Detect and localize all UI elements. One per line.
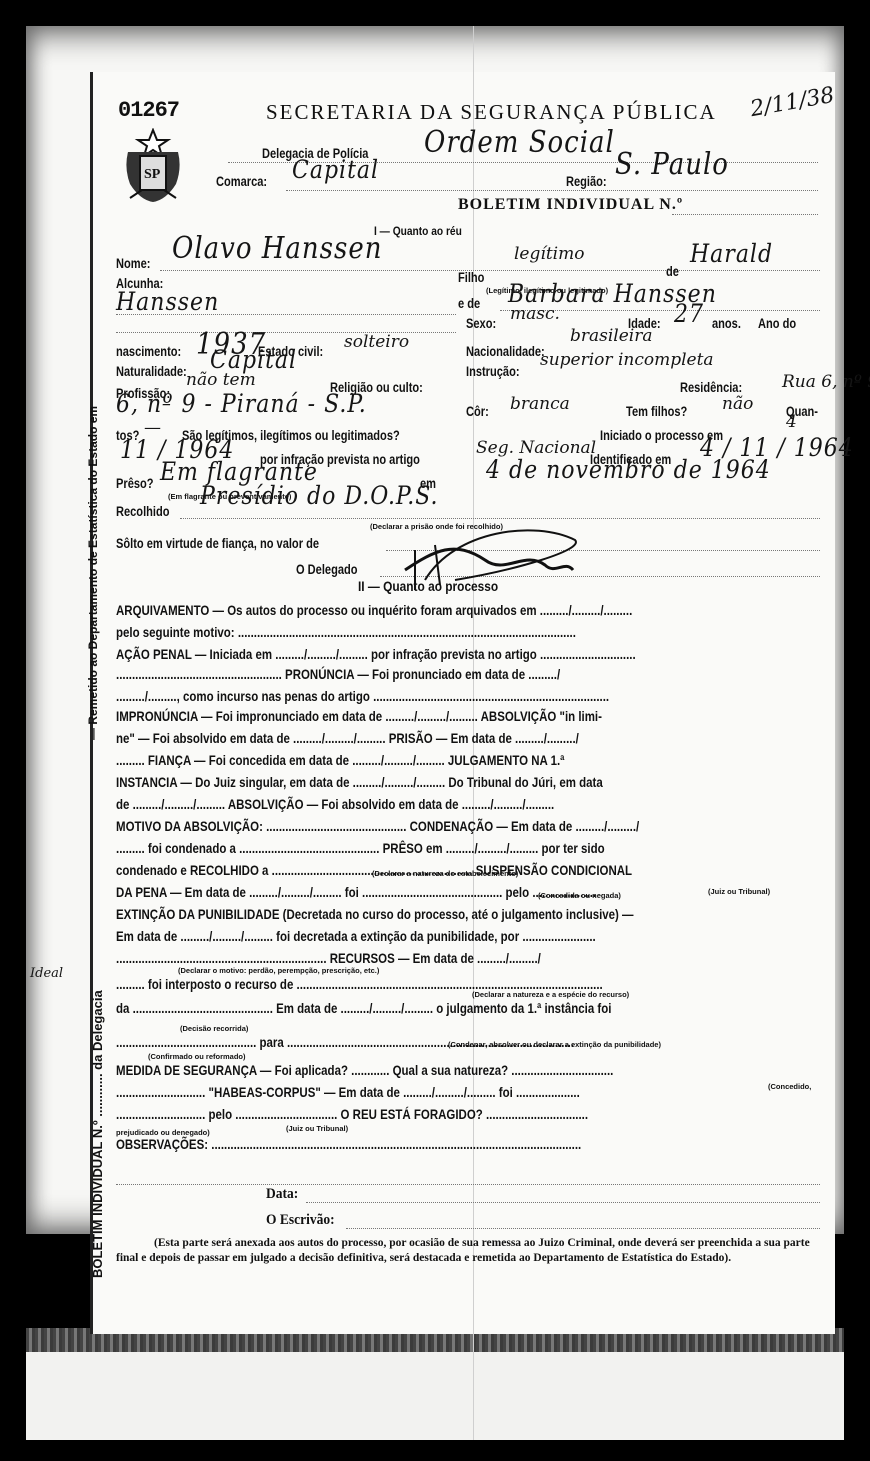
- tem-filhos-label: Tem filhos?: [626, 404, 687, 419]
- hint-juiz-tribunal: (Juiz ou Tribunal): [708, 887, 770, 896]
- data-label: Data:: [266, 1186, 298, 1203]
- quantos-value[interactable]: —: [144, 418, 161, 438]
- filho-value[interactable]: legítimo: [514, 244, 584, 264]
- hint-estabelecimento: (Declarar a natureza do estabelecimento): [372, 869, 518, 878]
- idade-value[interactable]: 27: [674, 300, 704, 329]
- hint-confirmado: (Confirmado ou reformado): [148, 1052, 246, 1061]
- section2-line: ............................ "HABEAS-COR…: [116, 1084, 821, 1100]
- hint-juiz-tribunal-2: (Juiz ou Tribunal): [286, 1124, 348, 1133]
- hint-concedida: (Concedida ou negada): [538, 891, 621, 900]
- hint-decisao-recorrida: (Decisão recorrida): [180, 1024, 248, 1033]
- section1-title: I — Quanto ao réu: [374, 224, 462, 238]
- alcunha-line: [116, 314, 456, 315]
- filho-label: Filho: [458, 270, 484, 285]
- section2-line: ......... foi condenado a ..............…: [116, 840, 821, 856]
- residencia-line2[interactable]: 6, nº 9 - Piraná - S.P.: [116, 390, 367, 419]
- estado-civil-value[interactable]: solteiro: [344, 332, 409, 352]
- section2-line: Em data de ........./........./.........…: [116, 928, 821, 944]
- boletim-label: BOLETIM INDIVIDUAL N.º: [458, 196, 683, 214]
- profissao-value[interactable]: não tem: [186, 370, 256, 390]
- form-number: 01267: [118, 98, 179, 123]
- obs-line-2: [116, 1184, 820, 1185]
- hint-condenar: (Condenar, absolver ou declarar a extinç…: [448, 1040, 661, 1049]
- section2-title: II — Quanto ao processo: [358, 578, 498, 594]
- data-line: [306, 1202, 820, 1203]
- footnote: (Esta parte será anexada aos autos do pr…: [116, 1236, 820, 1266]
- cor-label: Côr:: [466, 404, 489, 419]
- section2-line: IMPRONÚNCIA — Foi impronunciado em data …: [116, 708, 821, 724]
- paper-backing: [26, 1352, 844, 1440]
- instrucao-value[interactable]: superior incompleta: [540, 350, 714, 370]
- section2-line: pelo seguinte motivo: ..................…: [116, 624, 821, 640]
- section2-line: ............................ pelo ......…: [116, 1106, 821, 1122]
- recolhido-value[interactable]: Presídio do D.O.P.S.: [200, 482, 439, 511]
- solto-label: Sôlto em virtude de fiança, no valor de: [116, 536, 319, 551]
- section2-line: ......... foi interposto o recurso de ..…: [116, 976, 821, 992]
- section2-line: ........................................…: [116, 666, 821, 682]
- section2-line: INSTANCIA — Do Juiz singular, em data de…: [116, 774, 821, 790]
- section2-line: ne" — Foi absolvido em data de .........…: [116, 730, 821, 746]
- section2-line: MOTIVO DA ABSOLVIÇÃO: ..................…: [116, 818, 821, 834]
- residencia-label: Residência:: [680, 380, 742, 395]
- nome-line: [160, 270, 820, 271]
- margin-text-top: — Remetido ao Departamento de Estatístic…: [86, 406, 100, 740]
- comarca-line: [286, 190, 818, 191]
- iniciado-day[interactable]: 4: [786, 412, 797, 432]
- comarca-label: Comarca:: [216, 174, 267, 189]
- nacionalidade-label: Nacionalidade:: [466, 344, 545, 359]
- hint-concedido: (Concedido,: [768, 1082, 811, 1091]
- recolhido-line: [180, 518, 820, 519]
- section2-line: de ........./........./......... ABSOLVI…: [116, 796, 821, 812]
- cor-value[interactable]: branca: [510, 394, 570, 414]
- ano-do-label: Ano do: [758, 316, 796, 331]
- hint-motivo: (Declarar o motivo: perdão, perempção, p…: [178, 966, 379, 975]
- pai-value[interactable]: Harald: [690, 240, 773, 269]
- escrivao-line: [346, 1228, 820, 1229]
- nacionalidade-value[interactable]: brasileira: [570, 326, 653, 346]
- delegacia-value[interactable]: Ordem Social: [424, 126, 615, 161]
- nome-label: Nome:: [116, 256, 150, 271]
- coat-of-arms-icon: SP: [120, 128, 186, 204]
- tem-filhos-value[interactable]: não: [722, 394, 753, 414]
- page-title: SECRETARIA DA SEGURANÇA PÚBLICA: [266, 100, 717, 125]
- sexo-label: Sexo:: [466, 316, 496, 331]
- boletim-line: [672, 214, 818, 215]
- mae-label: e de: [458, 296, 480, 311]
- escrivao-label: O Escrivão:: [266, 1212, 335, 1229]
- pai-label: de: [666, 264, 679, 279]
- section2-line: ........................................…: [116, 950, 821, 966]
- section2-line: ......... FIANÇA — Foi concedida em data…: [116, 752, 821, 768]
- section2-line: da .....................................…: [116, 1000, 821, 1016]
- margin-scribble: Ideal: [30, 966, 63, 981]
- regiao-label: Região:: [566, 174, 607, 189]
- hint-natureza-recurso: (Declarar a natureza e a espécie do recu…: [472, 990, 629, 999]
- comarca-value[interactable]: Capital: [292, 156, 379, 185]
- preso-label: Prêso?: [116, 476, 154, 491]
- nome-value[interactable]: Olavo Hanssen: [172, 232, 382, 267]
- infracao-value[interactable]: Seg. Nacional: [476, 438, 596, 458]
- sexo-value[interactable]: masc.: [510, 304, 560, 324]
- section2-line: ........./........., como incurso nas pe…: [116, 688, 821, 704]
- margin-text-bottom: BOLETIM INDIVIDUAL N.º ............ da D…: [90, 990, 105, 1278]
- delegado-label: O Delegado: [296, 562, 358, 577]
- preso-em-value[interactable]: 4 de novembro de 1964: [486, 456, 771, 485]
- section2-line: ARQUIVAMENTO — Os autos do processo ou i…: [116, 602, 821, 618]
- section2-line: OBSERVAÇÕES: ...........................…: [116, 1136, 821, 1152]
- hint-prejudicado: prejudicado ou denegado): [116, 1128, 210, 1137]
- naturalidade-label: Naturalidade:: [116, 364, 187, 379]
- svg-text:SP: SP: [144, 167, 161, 182]
- section2-line: MEDIDA DE SEGURANÇA — Foi aplicada? ....…: [116, 1062, 821, 1078]
- alcunha-value[interactable]: Hanssen: [116, 288, 219, 317]
- regiao-value[interactable]: S. Paulo: [615, 148, 729, 183]
- section2-line: EXTINÇÃO DA PUNIBILIDADE (Decretada no c…: [116, 906, 821, 922]
- recolhido-label: Recolhido: [116, 504, 170, 519]
- residencia-value[interactable]: Rua 6, nº 9 - Ipiranga - S.P.: [782, 372, 870, 392]
- section2-line: AÇÃO PENAL — Iniciada em ........./.....…: [116, 646, 821, 662]
- anos-label: anos.: [712, 316, 741, 331]
- nascimento-label: nascimento:: [116, 344, 181, 359]
- instrucao-label: Instrução:: [466, 364, 520, 379]
